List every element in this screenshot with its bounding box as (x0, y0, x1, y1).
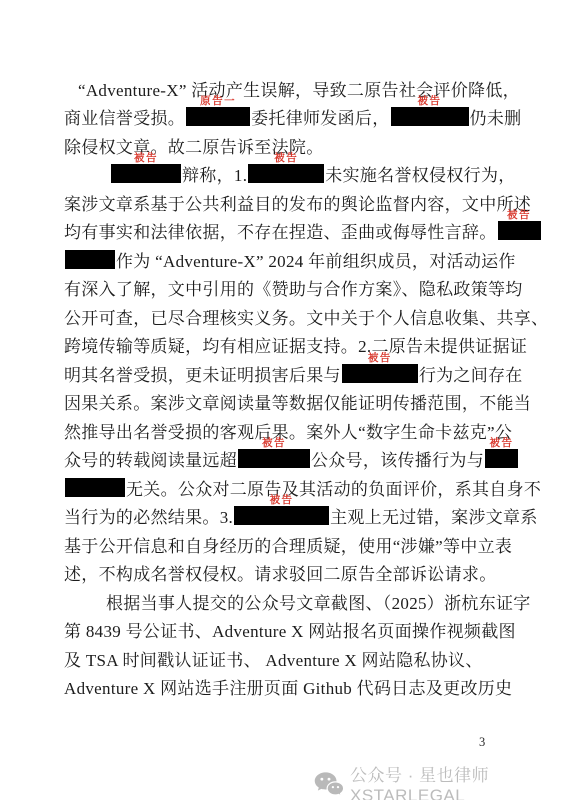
redaction-label: 被告 (274, 154, 298, 165)
redaction-label: 被告 (490, 439, 514, 450)
redaction-block (65, 250, 115, 269)
text-segment: Adventure X 网站选手注册页面 Github 代码日志及更改历史 (64, 674, 512, 699)
page-number: 3 (479, 735, 485, 750)
redaction-block: 被告 (111, 164, 181, 183)
document-line: 有深入了解，文中引用的《赞助与合作方案》、隐私政策等均 (64, 274, 506, 303)
text-segment: 主观上无过错，案涉文章系 (330, 503, 538, 528)
text-segment: 然推导出名誉受损的客观后果。案外人“数字生命卡兹克”公 (64, 418, 512, 443)
redaction-block: 被告 (234, 506, 329, 525)
document-line: 被告辩称，1.被告未实施名誉权侵权行为， (64, 160, 506, 189)
document-line: 基于公开信息和自身经历的合理质疑，使用“涉嫌”等中立表 (64, 530, 506, 559)
text-segment: 商业信誉受损。 (64, 104, 185, 129)
redaction-block: 被告 (485, 449, 518, 468)
document-line: 跨境传输等质疑，均有相应证据支持。2.二原告未提供证据证 (64, 331, 506, 360)
text-segment: “Adventure-X” 活动产生误解，导致二原告社会评价降低， (78, 76, 520, 101)
text-segment: 基于公开信息和自身经历的合理质疑，使用“涉嫌”等中立表 (64, 532, 512, 557)
text-segment: 行为之间存在 (419, 361, 523, 386)
redaction-label: 被告 (134, 154, 158, 165)
text-segment: 及 TSA 时间戳认证证书、 Adventure X 网站隐私协议、 (64, 646, 483, 671)
redaction-block: 被告 (391, 107, 469, 126)
text-segment: 委托律师发函后， (251, 104, 389, 129)
document-line: 公开可查，已尽合理核实义务。文中关于个人信息收集、共享、 (64, 302, 506, 331)
text-segment: 有深入了解，文中引用的《赞助与合作方案》、隐私政策等均 (64, 275, 523, 300)
redaction-block: 原告一 (186, 107, 250, 126)
text-segment: 述，不构成名誉权侵权。请求驳回二原告全部诉讼请求。 (64, 560, 497, 585)
text-segment: 公众号，该传播行为与 (311, 446, 484, 471)
document-line: 均有事实和法律依据，不存在捏造、歪曲或侮辱性言辞。被告 (64, 217, 506, 246)
document-line: 第 8439 号公证书、Adventure X 网站报名页面操作视频截图 (64, 616, 506, 645)
document-line: 明其名誉受损，更未证明损害后果与被告行为之间存在 (64, 359, 506, 388)
document-page: { "page": { "background": "#ffffff", "te… (0, 0, 566, 800)
document-line: 当行为的必然结果。3.被告主观上无过错，案涉文章系 (64, 502, 506, 531)
text-segment: 辩称，1. (182, 161, 247, 186)
document-line: 商业信誉受损。原告一委托律师发函后，被告仍未删 (64, 103, 506, 132)
redaction-block: 被告 (498, 221, 541, 240)
text-segment: 当行为的必然结果。3. (64, 503, 233, 528)
text-segment: 明其名誉受损，更未证明损害后果与 (64, 361, 341, 386)
wechat-icon (314, 771, 344, 797)
document-line: 众号的转载阅读量远超被告公众号，该传播行为与被告 (64, 445, 506, 474)
redaction-label: 被告 (262, 439, 286, 450)
text-segment: 众号的转载阅读量远超 (64, 446, 237, 471)
text-segment: 作为 “Adventure-X” 2024 年前组织成员，对活动运作 (116, 247, 516, 272)
document-line: 案涉文章系基于公共利益目的发布的舆论监督内容，文中所述 (64, 188, 506, 217)
redaction-label: 被告 (507, 211, 531, 222)
watermark: 公众号 · 星也律师 XSTARLEGAL (314, 761, 566, 800)
text-segment: 公开可查，已尽合理核实义务。文中关于个人信息收集、共享、 (64, 304, 548, 329)
watermark-text: 公众号 · 星也律师 XSTARLEGAL (350, 761, 566, 800)
redaction-block: 被告 (342, 364, 418, 383)
text-segment: 无关。公众对二原告及其活动的负面评价，系其自身不 (126, 475, 541, 500)
document-line: 述，不构成名誉权侵权。请求驳回二原告全部诉讼请求。 (64, 559, 506, 588)
text-segment: 跨境传输等质疑，均有相应证据支持。2.二原告未提供证据证 (64, 332, 527, 357)
redaction-block (65, 478, 125, 497)
document-line: 根据当事人提交的公众号文章截图、（2025）浙杭东证字 (64, 587, 506, 616)
redaction-block: 被告 (238, 449, 310, 468)
redaction-label: 被告 (270, 496, 294, 507)
redaction-label: 被告 (418, 97, 442, 108)
text-segment: 第 8439 号公证书、Adventure X 网站报名页面操作视频截图 (64, 617, 516, 642)
document-line: 因果关系。案涉文章阅读量等数据仅能证明传播范围，不能当 (64, 388, 506, 417)
text-segment: 根据当事人提交的公众号文章截图、（2025）浙杭东证字 (106, 589, 531, 614)
document-line: 及 TSA 时间戳认证证书、 Adventure X 网站隐私协议、 (64, 644, 506, 673)
text-segment: 仍未删 (470, 104, 522, 129)
redaction-block: 被告 (248, 164, 324, 183)
document-line: 作为 “Adventure-X” 2024 年前组织成员，对活动运作 (64, 245, 506, 274)
text-segment: 均有事实和法律依据，不存在捏造、歪曲或侮辱性言辞。 (64, 218, 497, 243)
text-segment: 案涉文章系基于公共利益目的发布的舆论监督内容，文中所述 (64, 190, 531, 215)
document-line: Adventure X 网站选手注册页面 Github 代码日志及更改历史 (64, 673, 506, 702)
text-segment: 未实施名誉权侵权行为， (325, 161, 515, 186)
redaction-label: 被告 (368, 354, 392, 365)
text-segment: 因果关系。案涉文章阅读量等数据仅能证明传播范围，不能当 (64, 389, 531, 414)
redaction-label: 原告一 (200, 97, 236, 108)
document-body: “Adventure-X” 活动产生误解，导致二原告社会评价降低，商业信誉受损。… (64, 74, 506, 701)
